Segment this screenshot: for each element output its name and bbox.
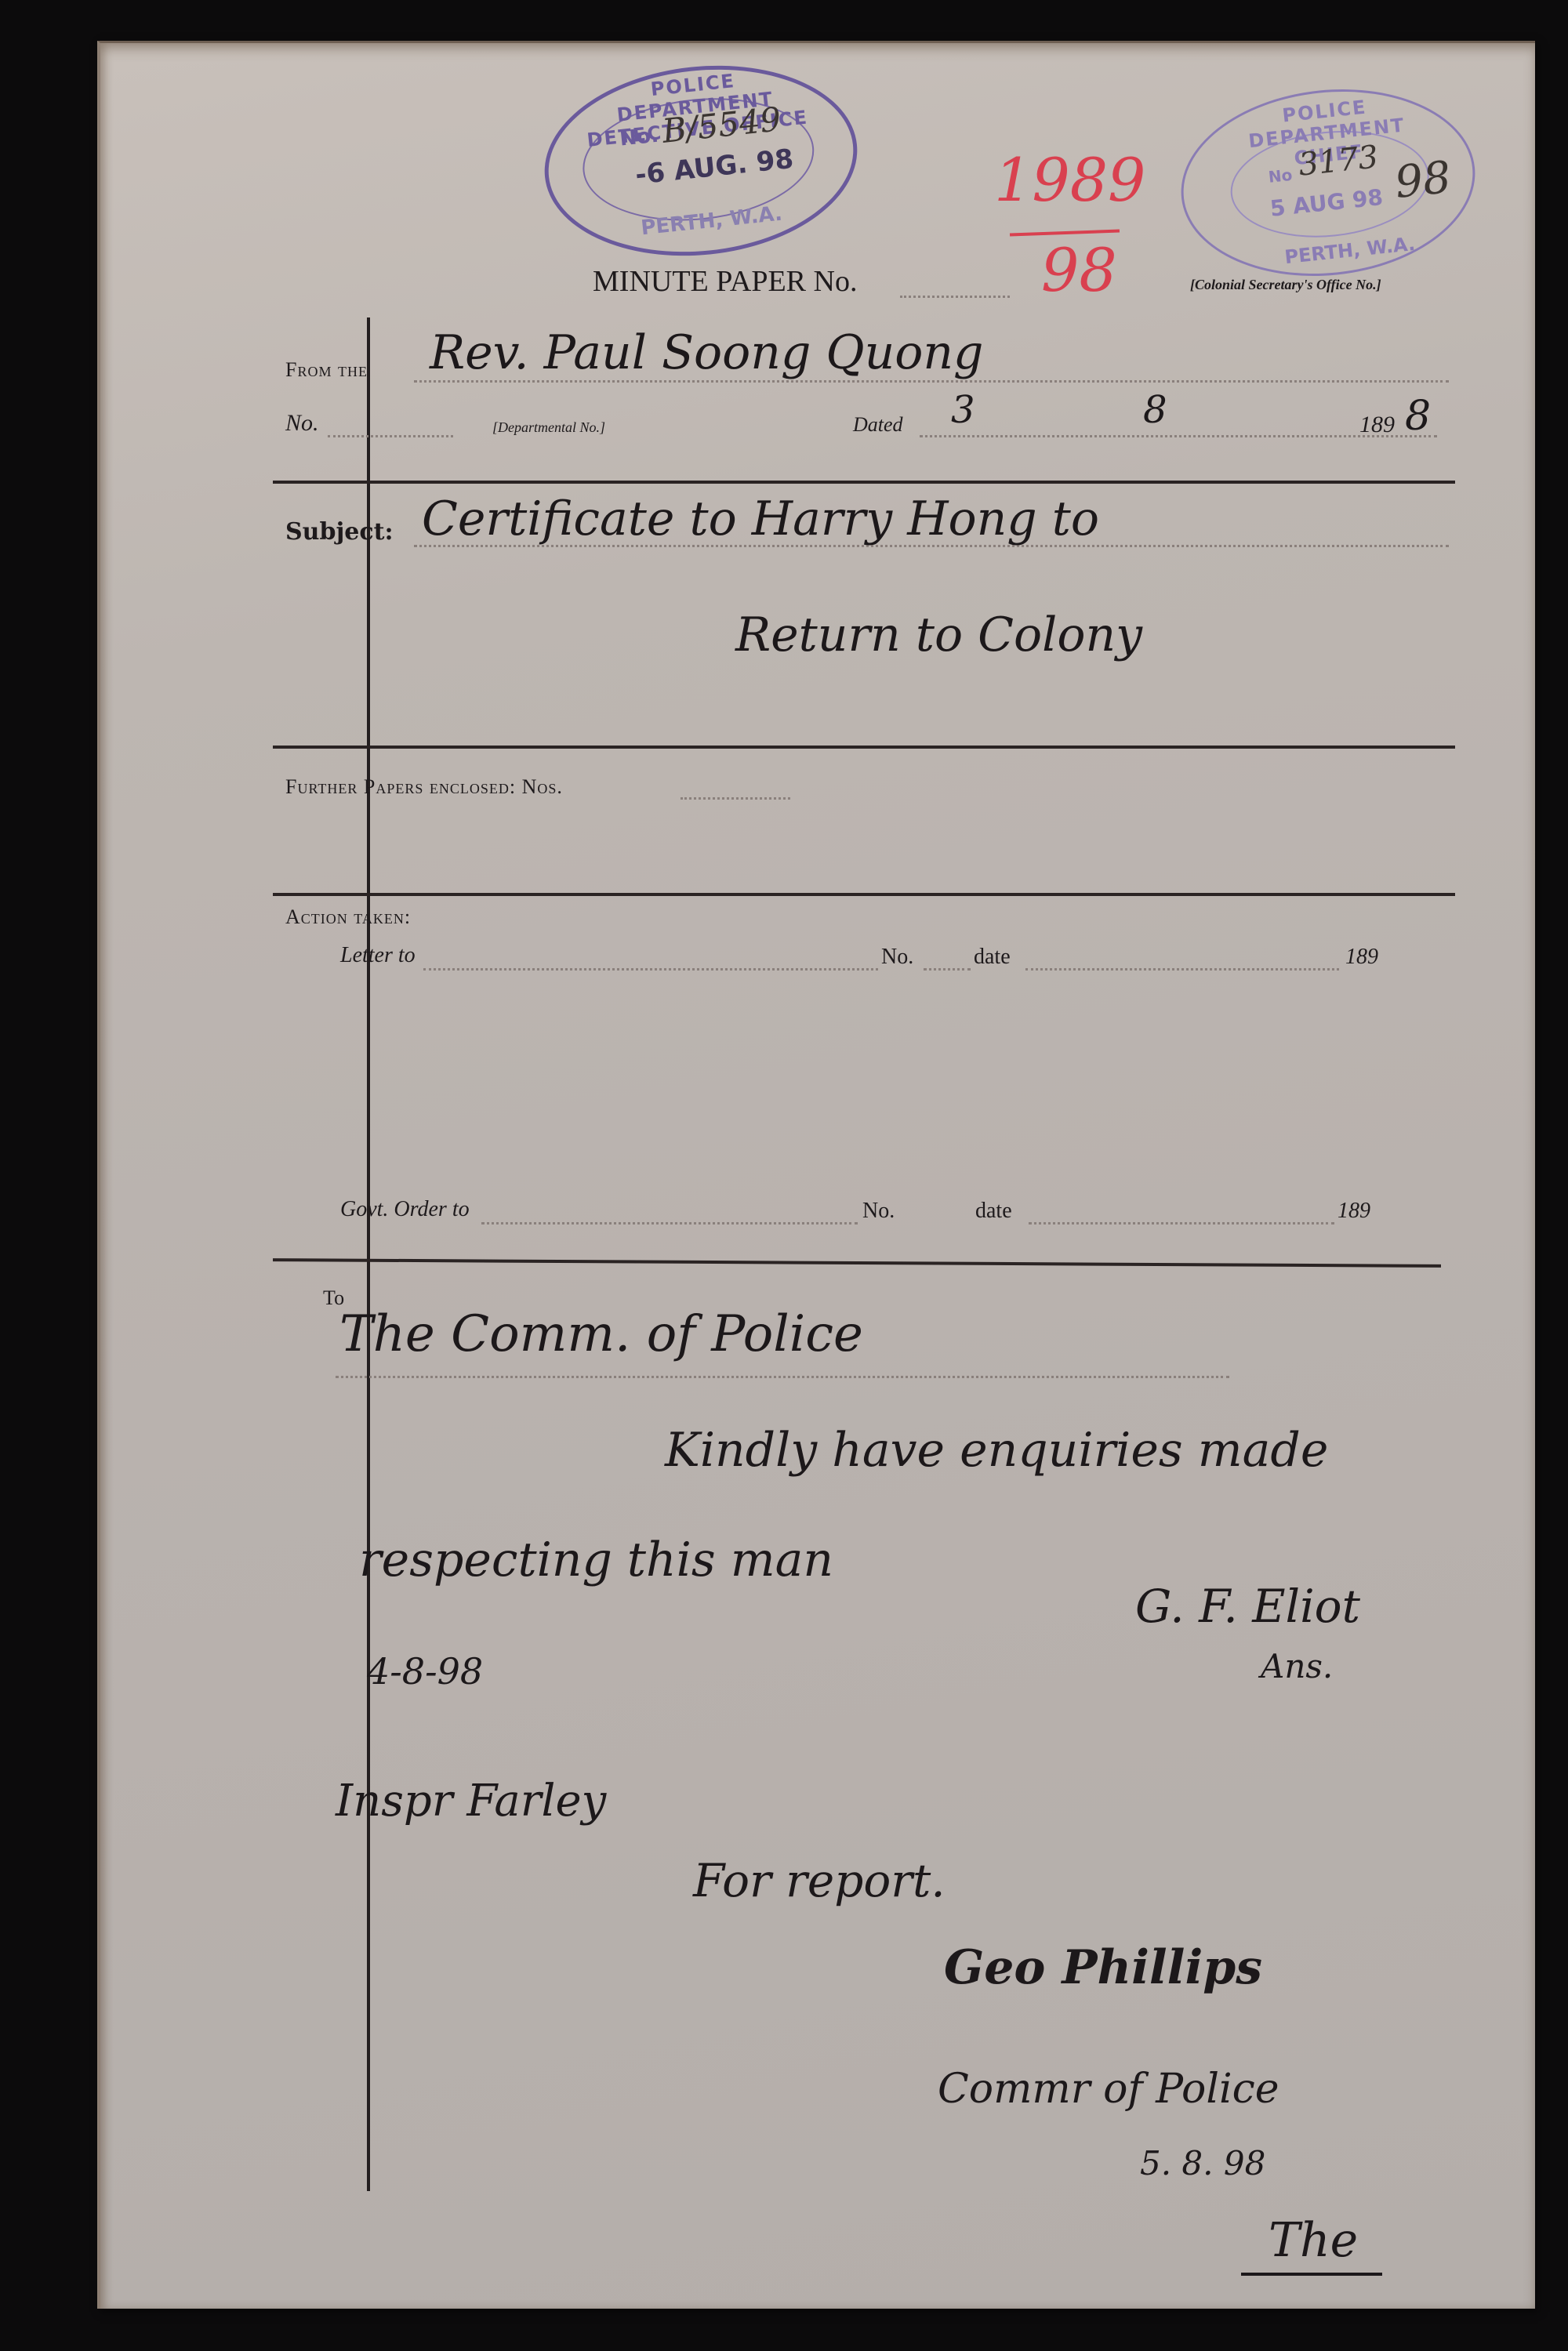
minute-paper-sheet: POLICE DEPARTMENT DETECTIVE OFFICE No. B… (97, 41, 1535, 2309)
colonial-office-label: [Colonial Secretary's Office No.] (1190, 277, 1381, 293)
letter-no-dots (924, 968, 971, 971)
from-value: Rev. Paul Soong Quong (430, 325, 983, 380)
minute-paper-number-top: 1989 (994, 145, 1145, 215)
minute-2-title: Commr of Police (938, 2066, 1279, 2113)
letter-date-label: date (974, 945, 1011, 970)
subject-line-1: Certificate to Harry Hong to (422, 492, 1099, 546)
departmental-label: [Departmental No.] (492, 419, 605, 436)
divider-subject (273, 746, 1455, 749)
stamp-number-suffix: 98 (1392, 152, 1454, 209)
subject-label: Subject: (285, 518, 394, 546)
divider-header (273, 481, 1455, 484)
minute-1-signature: G. F. Eliot (1135, 1580, 1360, 1633)
letter-no-label: No. (881, 945, 913, 970)
minute-2-text: For report. (693, 1854, 946, 1907)
stamp-number-label: No (1268, 165, 1294, 187)
initials: The (1269, 2213, 1358, 2268)
dated-year-suffix: 8 (1405, 393, 1431, 440)
minute-1-signature-title: Ans. (1261, 1647, 1333, 1685)
action-taken-label: Action taken: (285, 905, 411, 929)
divider-action-taken (273, 1258, 1441, 1268)
minute-paper-number-bottom: 98 (1041, 235, 1117, 305)
dated-month: 8 (1143, 388, 1167, 432)
minute-1-line-2: respecting this man (359, 1533, 833, 1587)
govt-year-prefix: 189 (1338, 1199, 1370, 1224)
minute-number-dots (900, 296, 1010, 298)
left-margin-rule (367, 317, 370, 2191)
divider-further-papers (273, 893, 1455, 896)
stamp-number-label: No. (619, 124, 659, 151)
from-label: From the (285, 358, 368, 382)
dated-label: Dated (853, 413, 903, 437)
to-dots (336, 1376, 1229, 1378)
addressee: The Comm. of Police (339, 1305, 863, 1363)
letter-date-dots (1025, 968, 1339, 971)
year-prefix: 189 (1359, 412, 1395, 438)
minute-paper-title: MINUTE PAPER No. (593, 264, 857, 299)
letter-year-prefix: 189 (1345, 945, 1378, 970)
govt-date-dots (1029, 1222, 1334, 1224)
minute-2-date: 5. 8. 98 (1140, 2144, 1265, 2182)
further-papers-dots (681, 797, 790, 800)
detective-office-stamp: POLICE DEPARTMENT DETECTIVE OFFICE No. B… (535, 51, 867, 270)
subject-line-2: Return to Colony (735, 608, 1142, 662)
minute-1-line-1: Kindly have enquiries made (665, 1423, 1328, 1478)
govt-order-dots (481, 1222, 858, 1224)
govt-order-label: Govt. Order to (340, 1197, 470, 1222)
minute-2-signature: Geo Phillips (944, 1940, 1262, 1995)
minute-1-date: 4-8-98 (367, 1650, 483, 1693)
stamp-bottom-text: PERTH, W.A. (1283, 233, 1416, 268)
govt-date-label: date (975, 1199, 1012, 1224)
dated-day: 3 (951, 388, 975, 432)
govt-no-label: No. (862, 1199, 895, 1224)
no-label: No. (285, 410, 319, 437)
chief-office-stamp: POLICE DEPARTMENT CHIEF No 3173 98 5 AUG… (1172, 75, 1485, 290)
letter-to-dots (423, 968, 878, 971)
from-dots (414, 380, 1449, 383)
departmental-no-dots (328, 435, 453, 437)
minute-2-to: Inspr Farley (336, 1776, 606, 1827)
further-papers-label: Further Papers enclosed: Nos. (285, 775, 563, 799)
initials-underline (1241, 2273, 1382, 2276)
letter-to-label: Letter to (340, 943, 416, 968)
